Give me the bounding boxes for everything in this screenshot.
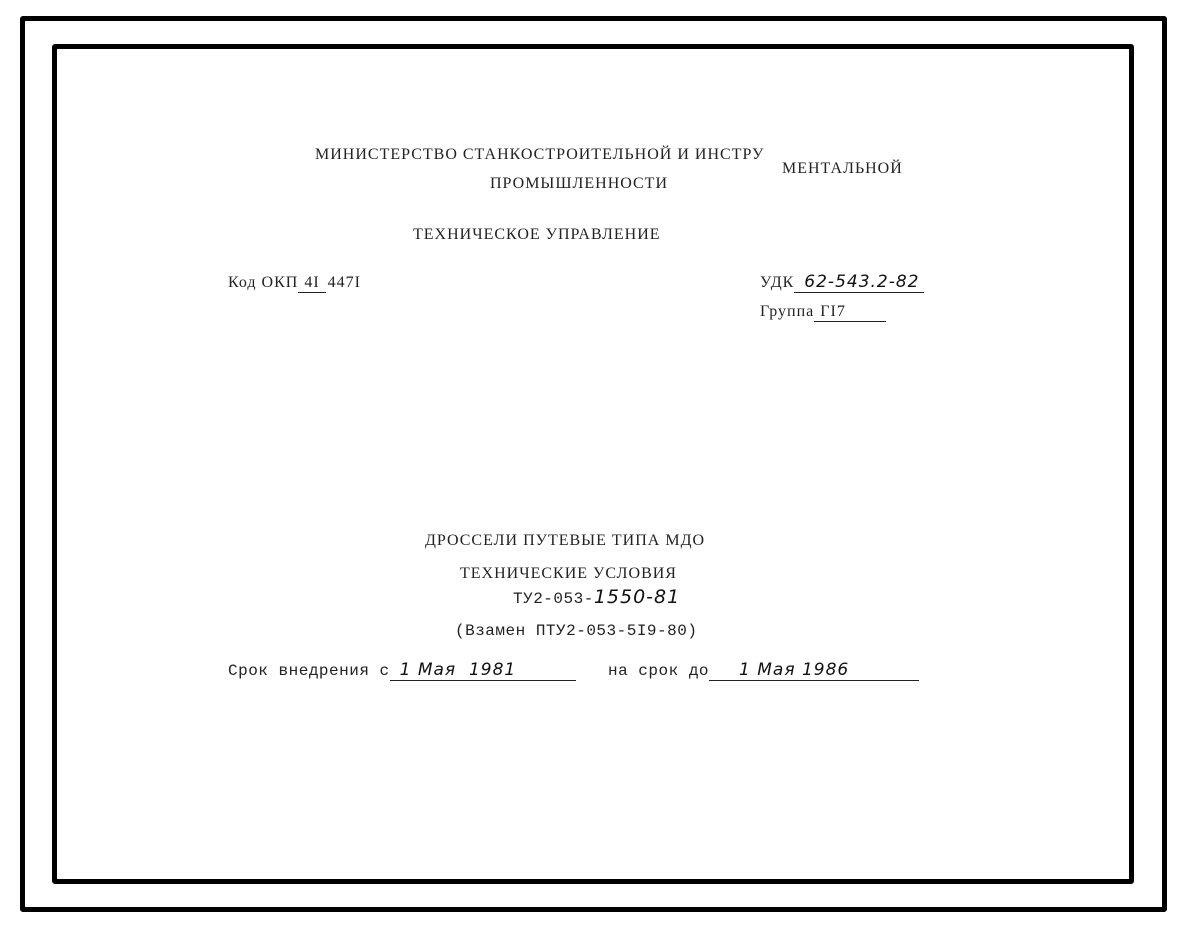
okp-code: Код ОКП4I447I	[228, 274, 363, 293]
ministry-line-1-tail: МЕНТАЛЬНОЙ	[782, 160, 903, 178]
group-label: Группа	[760, 303, 814, 320]
department-title: ТЕХНИЧЕСКОЕ УПРАВЛЕНИЕ	[413, 226, 661, 244]
tu-prefix: ТУ2-053-	[513, 590, 594, 608]
validity-to-value: 1 Мая 1986	[709, 662, 919, 681]
replaces-note: (Взамен ПТУ2-053-5I9-80)	[455, 622, 697, 640]
ministry-line-2: ПРОМЫШЛЕННОСТИ	[490, 175, 668, 193]
document-type: ТЕХНИЧЕСКИЕ УСЛОВИЯ	[460, 565, 677, 583]
tu-number: 1550-81	[594, 586, 680, 608]
udk-label: УДК	[760, 274, 794, 291]
group-value: ГI7	[814, 304, 886, 322]
okp-value-part1: 4I	[298, 275, 325, 293]
validity-from-value: 1 Мая 1981	[390, 662, 577, 681]
inner-border-frame	[52, 44, 1134, 884]
product-title: ДРОССЕЛИ ПУТЕВЫЕ ТИПА МДО	[425, 532, 705, 550]
validity-to-label: на срок до	[608, 662, 709, 680]
validity-from-label: Срок внедрения с	[228, 662, 390, 680]
udk-value: 62-543.2-82	[794, 274, 923, 293]
okp-label: Код ОКП	[228, 274, 298, 291]
tu-designation: ТУ2-053-1550-81	[513, 586, 680, 608]
group-code: ГруппаГI7	[760, 303, 886, 322]
okp-value-part2: 447I	[326, 275, 363, 292]
validity-to: на срок до1 Мая 1986	[608, 662, 919, 681]
ministry-line-1: МИНИСТЕРСТВО СТАНКОСТРОИТЕЛЬНОЙ И ИНСТРУ	[315, 146, 764, 164]
udk-code: УДК62-543.2-82	[760, 274, 924, 293]
validity-from: Срок внедрения с1 Мая 1981	[228, 662, 576, 681]
